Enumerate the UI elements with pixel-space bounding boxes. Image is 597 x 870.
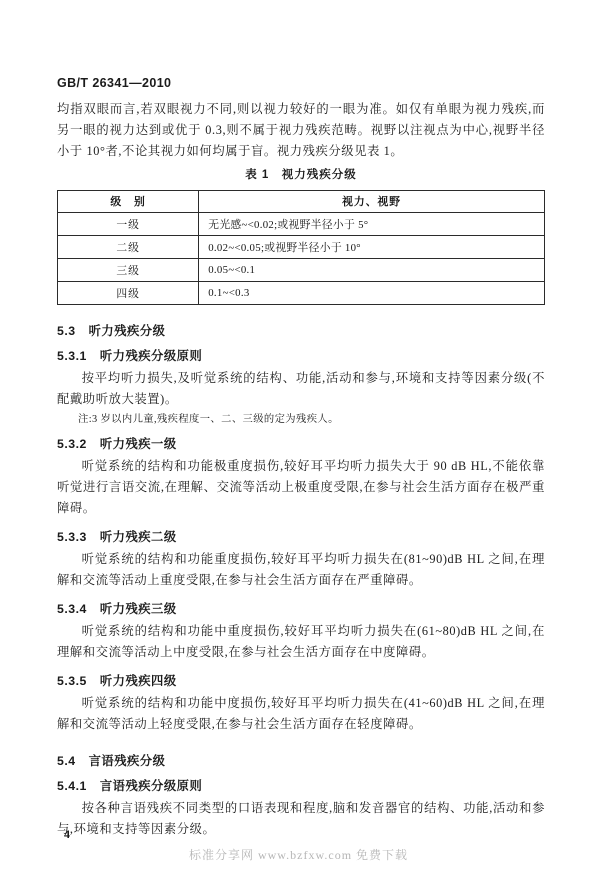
- grade-cell: 一级: [58, 213, 199, 236]
- grade-cell: 三级: [58, 259, 199, 282]
- grade-cell: 四级: [58, 282, 199, 305]
- heading-5-3: 5.3听力残疾分级: [57, 324, 545, 338]
- criteria-cell: 无光感~<0.02;或视野半径小于 5°: [199, 213, 545, 236]
- page-number: 4: [64, 827, 70, 842]
- table-row: 二级 0.02~<0.05;或视野半径小于 10°: [58, 236, 545, 259]
- grade-cell: 二级: [58, 236, 199, 259]
- intro-paragraph: 均指双眼而言,若双眼视力不同,则以视力较好的一眼为准。如仅有单眼为视力残疾,而另…: [57, 99, 545, 162]
- criteria-cell: 0.05~<0.1: [199, 259, 545, 282]
- section-number: 5.4.1: [57, 779, 87, 793]
- heading-5-3-5: 5.3.5听力残疾四级: [57, 674, 545, 688]
- heading-5-3-3: 5.3.3听力残疾二级: [57, 530, 545, 544]
- section-title: 听力残疾三级: [100, 602, 177, 616]
- criteria-cell: 0.1~<0.3: [199, 282, 545, 305]
- section-title: 听力残疾四级: [100, 674, 177, 688]
- section-body-5-3-4: 听觉系统的结构和功能中重度损伤,较好耳平均听力损失在(61~80)dB HL 之…: [57, 621, 545, 663]
- section-title: 听力残疾分级: [89, 324, 166, 338]
- section-number: 5.3.5: [57, 674, 87, 688]
- section-number: 5.3.4: [57, 602, 87, 616]
- section-title: 言语残疾分级原则: [100, 779, 202, 793]
- col-header-vision: 视力、视野: [199, 191, 545, 213]
- table-row: 一级 无光感~<0.02;或视野半径小于 5°: [58, 213, 545, 236]
- vision-grade-table: 级 别 视力、视野 一级 无光感~<0.02;或视野半径小于 5° 二级 0.0…: [57, 190, 545, 305]
- table-row: 三级 0.05~<0.1: [58, 259, 545, 282]
- section-body-5-3-5: 听觉系统的结构和功能中度损伤,较好耳平均听力损失在(41~60)dB HL 之间…: [57, 693, 545, 735]
- section-body-5-3-3: 听觉系统的结构和功能重度损伤,较好耳平均听力损失在(81~90)dB HL 之间…: [57, 549, 545, 591]
- standard-number: GB/T 26341—2010: [57, 76, 545, 91]
- heading-5-3-1: 5.3.1听力残疾分级原则: [57, 349, 545, 363]
- section-number: 5.4: [57, 754, 76, 768]
- table-header-row: 级 别 视力、视野: [58, 191, 545, 213]
- section-title: 言语残疾分级: [89, 754, 166, 768]
- section-body-5-3-1: 按平均听力损失,及听觉系统的结构、功能,活动和参与,环境和支持等因素分级(不配戴…: [57, 368, 545, 410]
- section-title: 听力残疾二级: [100, 530, 177, 544]
- heading-5-3-2: 5.3.2听力残疾一级: [57, 437, 545, 451]
- section-number: 5.3.3: [57, 530, 87, 544]
- heading-5-3-4: 5.3.4听力残疾三级: [57, 602, 545, 616]
- heading-5-4: 5.4言语残疾分级: [57, 754, 545, 768]
- note-5-3-1: 注:3 岁以内儿童,残疾程度一、二、三级的定为残疾人。: [57, 413, 545, 426]
- section-number: 5.3: [57, 324, 76, 338]
- section-title: 听力残疾分级原则: [100, 349, 202, 363]
- heading-5-4-1: 5.4.1言语残疾分级原则: [57, 779, 545, 793]
- criteria-cell: 0.02~<0.05;或视野半径小于 10°: [199, 236, 545, 259]
- document-page: GB/T 26341—2010 均指双眼而言,若双眼视力不同,则以视力较好的一眼…: [0, 0, 597, 870]
- table-row: 四级 0.1~<0.3: [58, 282, 545, 305]
- section-number: 5.3.2: [57, 437, 87, 451]
- section-number: 5.3.1: [57, 349, 87, 363]
- col-header-grade: 级 别: [58, 191, 199, 213]
- section-body-5-3-2: 听觉系统的结构和功能极重度损伤,较好耳平均听力损失大于 90 dB HL,不能依…: [57, 456, 545, 519]
- section-title: 听力残疾一级: [100, 437, 177, 451]
- watermark: 标准分享网 www.bzfxw.com 免费下载: [0, 846, 597, 863]
- table-caption: 表 1 视力残疾分级: [57, 168, 545, 182]
- section-body-5-4-1: 按各种言语残疾不同类型的口语表现和程度,脑和发音器官的结构、功能,活动和参与,环…: [57, 798, 545, 840]
